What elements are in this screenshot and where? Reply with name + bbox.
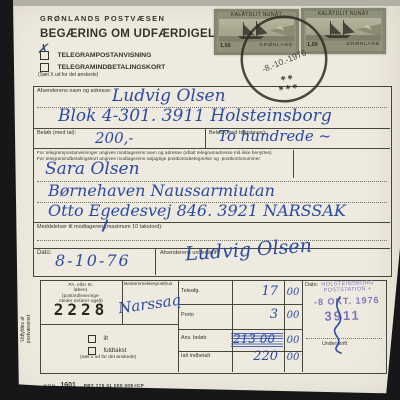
- form-number-suffix: . PBT 775 51 000 008-ICP: [80, 383, 144, 388]
- line: [178, 329, 302, 330]
- recipient-address-handwriting: Otto Egedesvej 846. 3921 NARSSAK: [48, 201, 346, 220]
- postmark-date: -8.-10.-1976: [260, 47, 307, 74]
- recipient-note-1: For telegrampostanvisninger angives modt…: [37, 150, 272, 155]
- fee-amount-ore: 00: [284, 352, 302, 363]
- checkbox-box: [88, 347, 96, 355]
- serial-number: 2228: [42, 300, 120, 319]
- form-issuer: GRØNLANDS POSTVÆSEN: [40, 14, 165, 23]
- scan-edge-top: [0, 0, 400, 6]
- option2-label: TELEGRAMINDBETALINGSKORT: [57, 64, 165, 71]
- recipient-name-handwriting: Sara Olsen: [45, 159, 140, 179]
- scribble-strike: [231, 333, 283, 347]
- postmark-stars-top: ✱ ✱: [280, 74, 293, 83]
- postmark-cancel: HOLSTEINSBORG SISIMIUT -8.-10.-1976 ✱ ✱ …: [230, 5, 338, 113]
- form-number-prefix: KGH: [44, 384, 56, 389]
- fee-row-label: Porto: [181, 312, 194, 318]
- recipient-institution-handwriting: Børnehaven Naussarmiutan: [48, 181, 275, 200]
- amount-digits-label: Beløb (med tal):: [37, 130, 76, 136]
- checkbox-box: [40, 63, 49, 72]
- fee-amount-kr: 220: [232, 349, 278, 364]
- scanned-postal-form: GRØNLANDS POSTVÆSEN BEGÆRING OM UDFÆRDIG…: [0, 0, 400, 400]
- checkbox-hint: (Sæt X ud for det ønskede): [38, 72, 98, 78]
- fee-amount-ore: 00: [284, 335, 302, 346]
- destination-label: Bestemmelsesposthus: [124, 282, 178, 287]
- fee-row-label: Teleafg.: [181, 288, 200, 294]
- divider: [205, 128, 206, 148]
- stamp-value: 1,50: [220, 43, 231, 49]
- fee-amount-ore: 00: [284, 310, 302, 321]
- vertical-label-line: postvæsenet: [26, 298, 32, 360]
- form-number: KGH 1601 . PBT 775 51 000 008-ICP: [44, 374, 144, 392]
- fee-amount-kr: 17: [232, 284, 278, 299]
- date-label: Dato:: [37, 250, 51, 256]
- stamp-region: GRØNLAND: [346, 42, 380, 48]
- line: [33, 148, 390, 149]
- fee-row-label: Ialt indbetalt: [181, 353, 219, 360]
- message-label: Meddelelser til modtageren (maximum 10 t…: [37, 224, 163, 230]
- line: [33, 222, 390, 223]
- fee-amount-ore: 00: [284, 287, 302, 298]
- handwritten-x-mark: ✗: [37, 42, 48, 57]
- sender-label: Afsenderens navn og adresse:: [37, 88, 112, 94]
- office-stamp-station: POSTSTATION +: [313, 286, 379, 294]
- postmark-stars-bottom: ✱ ✱ ✱: [278, 83, 298, 93]
- divider: [293, 150, 294, 178]
- date-handwriting: 8-10-76: [55, 251, 131, 270]
- office-use-vertical-label: Udfyldes af postvæsenet: [20, 298, 34, 360]
- fee-amount-kr: 3: [232, 307, 278, 322]
- fuldtakst-label: fuldtakst: [103, 347, 126, 354]
- sender-name-handwriting: Ludvig Olsen: [112, 86, 226, 106]
- form-number-main: 1601: [60, 382, 76, 389]
- line: [40, 324, 178, 325]
- line: [33, 128, 390, 129]
- amount-digits-handwriting: 200,-: [95, 129, 133, 147]
- amount-words-handwriting: To hundrede ~: [218, 127, 331, 145]
- clerk-signature-squiggle: [328, 296, 350, 354]
- divider: [155, 248, 156, 275]
- divider: [302, 280, 303, 372]
- line: [178, 304, 302, 305]
- sender-address-handwriting: Blok 4-301. 3911 Holsteinsborg: [58, 106, 332, 126]
- fee-row-label: Anv. beløb: [181, 335, 206, 341]
- office-checkbox-hint: (sæt x ud for det ønskede): [80, 355, 136, 360]
